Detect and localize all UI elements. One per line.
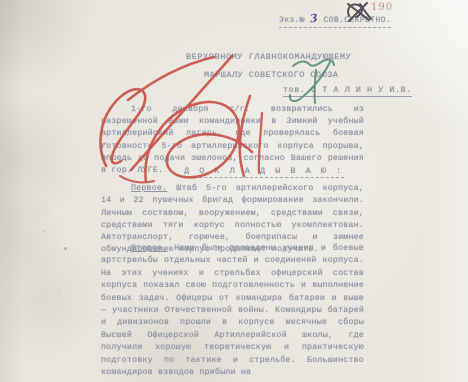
classification-line: Экз.№ 3 СОВ.СЕКРЕТНО. <box>279 16 391 28</box>
paper-speck <box>43 230 45 232</box>
paper-speck <box>64 247 67 250</box>
paragraph-second-lead: Второе. <box>131 244 167 253</box>
paragraph-second-text: Нами были проведены учения и боевые артс… <box>101 244 364 377</box>
classification-label: СОВ.СЕКРЕТНО. <box>323 16 391 25</box>
handwritten-copy-number: 3 <box>310 19 318 20</box>
copy-prefix: Экз.№ <box>279 16 305 25</box>
addressee-stalin-line: тов. С Т А Л И Н У И.В. <box>283 85 412 97</box>
scanned-document-screenshot: { "stamps": { "archive_number": "190", "… <box>0 0 468 382</box>
paragraph-second: Второе. Нами были проведены учения и бое… <box>101 243 364 379</box>
paragraph-first-lead: Первое. <box>131 184 167 193</box>
paper-speck <box>58 292 60 294</box>
header-commander-line: ВЕРХОВНОМУ ГЛАВНОКОМАНДУЮЩЕМУ <box>186 52 351 62</box>
header-marshal-line: МАРШАЛУ СОВЕТСКОГО СОЮЗА <box>204 70 338 80</box>
report-heading: Д О К Л А Д Ы В А Ю : <box>184 166 344 178</box>
archive-page-number: 190 <box>371 2 393 13</box>
scanned-document-page: 190 Экз.№ 3 СОВ.СЕКРЕТНО. ВЕРХОВНОМУ ГЛА… <box>0 0 468 382</box>
